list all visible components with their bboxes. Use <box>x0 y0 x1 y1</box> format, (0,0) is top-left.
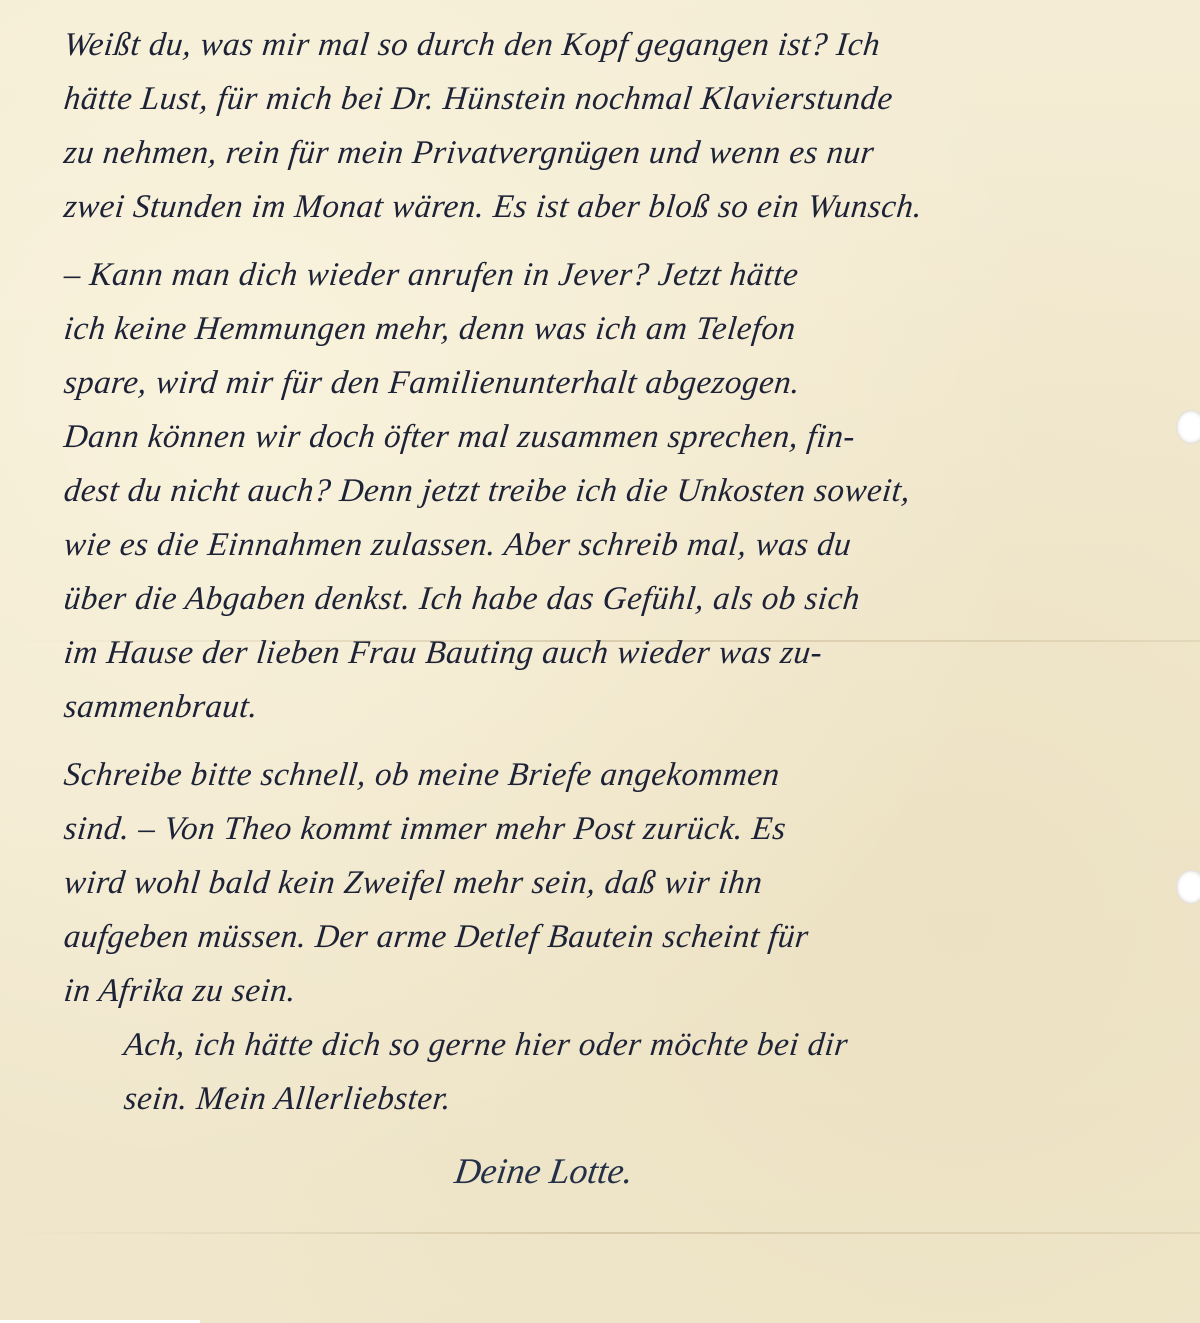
letter-line: zu nehmen, rein für mein Privatvergnügen… <box>61 126 1167 180</box>
letter-line: in Afrika zu sein. <box>61 964 1167 1018</box>
punch-hole-lower <box>1176 870 1200 904</box>
signature: Deine Lotte. <box>452 1150 636 1192</box>
letter-line: wird wohl bald kein Zweifel mehr sein, d… <box>61 856 1167 910</box>
letter-body: Weißt du, was mir mal so durch den Kopf … <box>64 18 1164 1126</box>
letter-line: Weißt du, was mir mal so durch den Kopf … <box>61 18 1167 72</box>
letter-line: sammenbraut. <box>61 680 1167 734</box>
letter-line: spare, wird mir für den Familienunterhal… <box>61 356 1167 410</box>
letter-line: sind. – Von Theo kommt immer mehr Post z… <box>61 802 1167 856</box>
letter-page: Weißt du, was mir mal so durch den Kopf … <box>0 0 1200 1323</box>
letter-line: Dann können wir doch öfter mal zusammen … <box>61 410 1167 464</box>
letter-line: wie es die Einnahmen zulassen. Aber schr… <box>61 518 1167 572</box>
letter-line: Schreibe bitte schnell, ob meine Briefe … <box>61 748 1167 802</box>
letter-line: sein. Mein Allerliebster. <box>61 1072 1167 1126</box>
letter-line: ich keine Hemmungen mehr, denn was ich a… <box>61 302 1167 356</box>
letter-line: hätte Lust, für mich bei Dr. Hünstein no… <box>61 72 1167 126</box>
letter-line: über die Abgaben denkst. Ich habe das Ge… <box>61 572 1167 626</box>
letter-line: Ach, ich hätte dich so gerne hier oder m… <box>61 1018 1167 1072</box>
letter-line: im Hause der lieben Frau Bauting auch wi… <box>61 626 1167 680</box>
letter-line: dest du nicht auch? Denn jetzt treibe ic… <box>61 464 1167 518</box>
letter-line: zwei Stunden im Monat wären. Es ist aber… <box>61 180 1167 234</box>
punch-hole-upper <box>1176 410 1200 444</box>
letter-line: – Kann man dich wieder anrufen in Jever?… <box>61 248 1167 302</box>
paper-fold-line-bottom <box>0 1232 1200 1234</box>
letter-line: aufgeben müssen. Der arme Detlef Bautein… <box>61 910 1167 964</box>
